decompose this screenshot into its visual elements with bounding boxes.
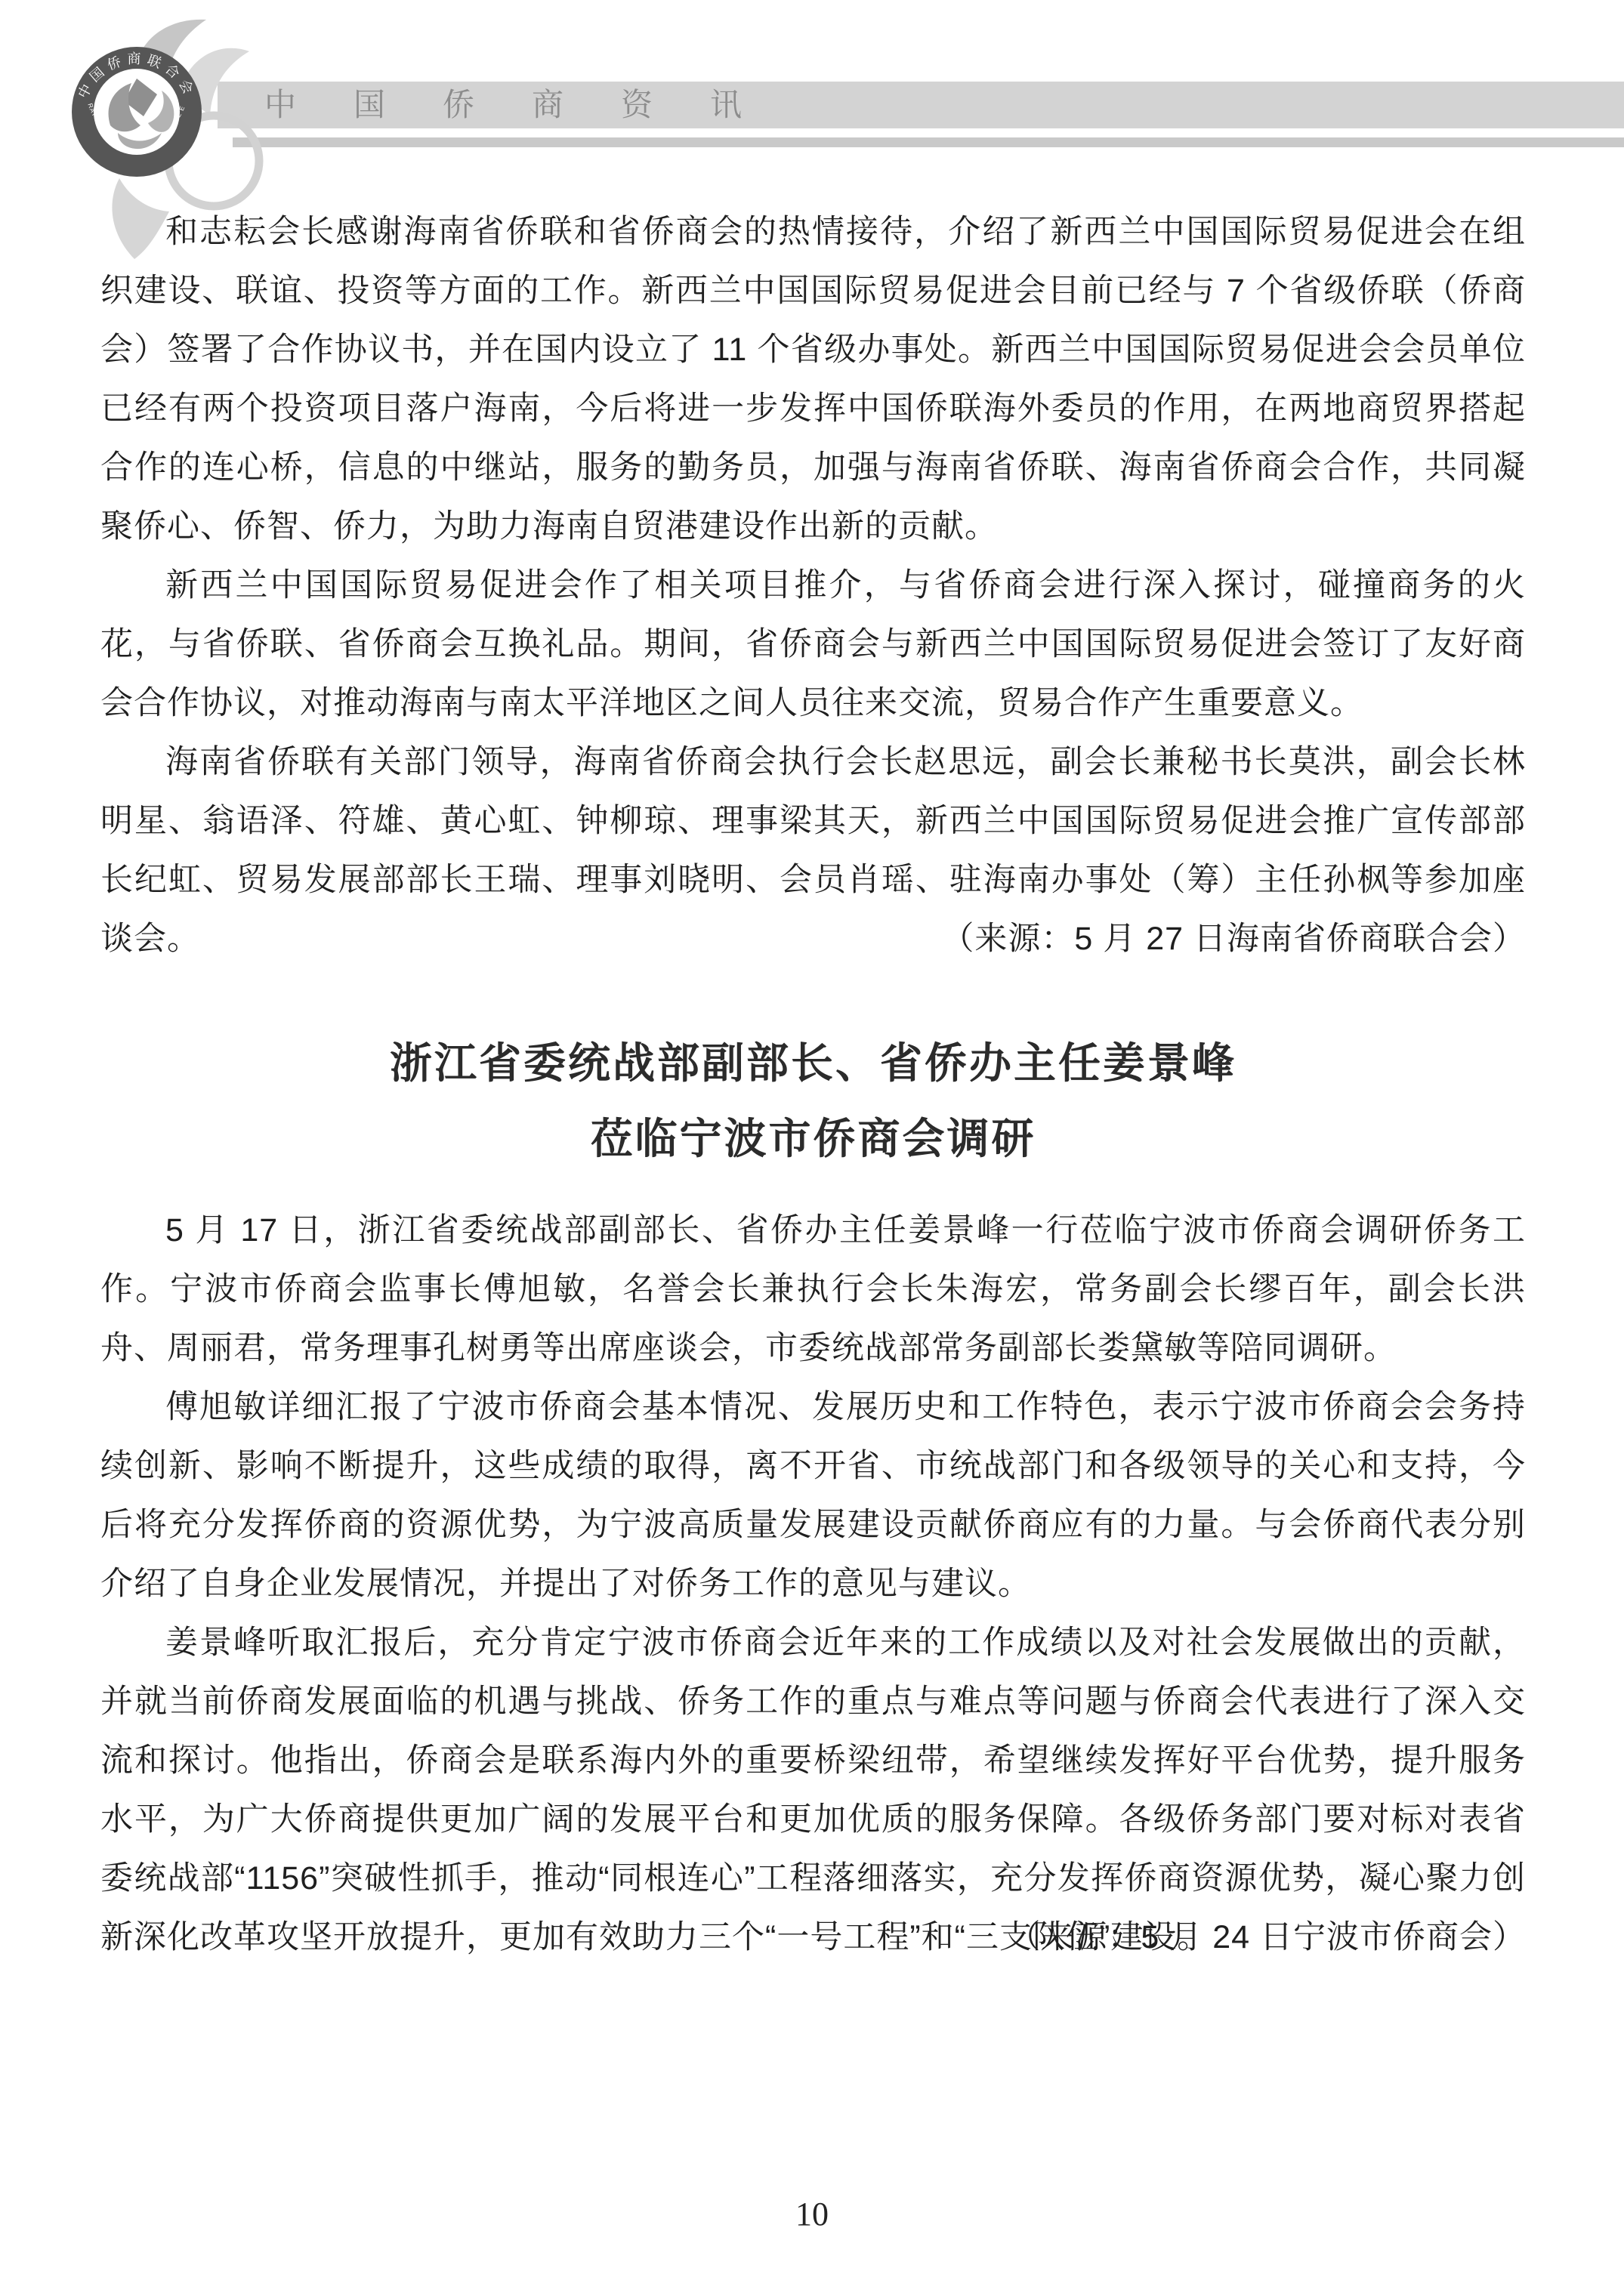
article-ningbo-research: 5 月 17 日，浙江省委统战部副部长、省侨办主任姜景峰一行莅临宁波市侨商会调研…	[100, 1201, 1526, 1967]
paragraph: 傅旭敏详细汇报了宁波市侨商会基本情况、发展历史和工作特色，表示宁波市侨商会会务持…	[100, 1378, 1526, 1613]
source-attribution: （来源：5 月 27 日海南省侨商联合会）	[100, 909, 1526, 968]
article-title-line2: 莅临宁波市侨商会调研	[100, 1101, 1526, 1177]
newsletter-page: 中国侨商资讯 中国侨商联合会 CHINA FEDERATION OF OVERS…	[0, 0, 1624, 2293]
masthead-title: 中国侨商资讯	[264, 82, 799, 128]
article-title-line1: 浙江省委统战部副部长、省侨办主任姜景峰	[100, 1026, 1526, 1101]
paragraph: 和志耘会长感谢海南省侨联和省侨商会的热情接待，介绍了新西兰中国国际贸易促进会在组…	[100, 202, 1526, 556]
paragraph: 5 月 17 日，浙江省委统战部副部长、省侨办主任姜景峰一行莅临宁波市侨商会调研…	[100, 1201, 1526, 1378]
page-number: 10	[0, 2195, 1624, 2233]
masthead-band: 中国侨商资讯	[218, 82, 1624, 128]
article-hainan-visit: 和志耘会长感谢海南省侨联和省侨商会的热情接待，介绍了新西兰中国国际贸易促进会在组…	[100, 202, 1526, 968]
masthead-underline	[233, 137, 1624, 147]
paragraph: 新西兰中国国际贸易促进会作了相关项目推介，与省侨商会进行深入探讨，碰撞商务的火花…	[100, 556, 1526, 733]
article-title: 浙江省委统战部副部长、省侨办主任姜景峰 莅临宁波市侨商会调研	[100, 1026, 1526, 1177]
